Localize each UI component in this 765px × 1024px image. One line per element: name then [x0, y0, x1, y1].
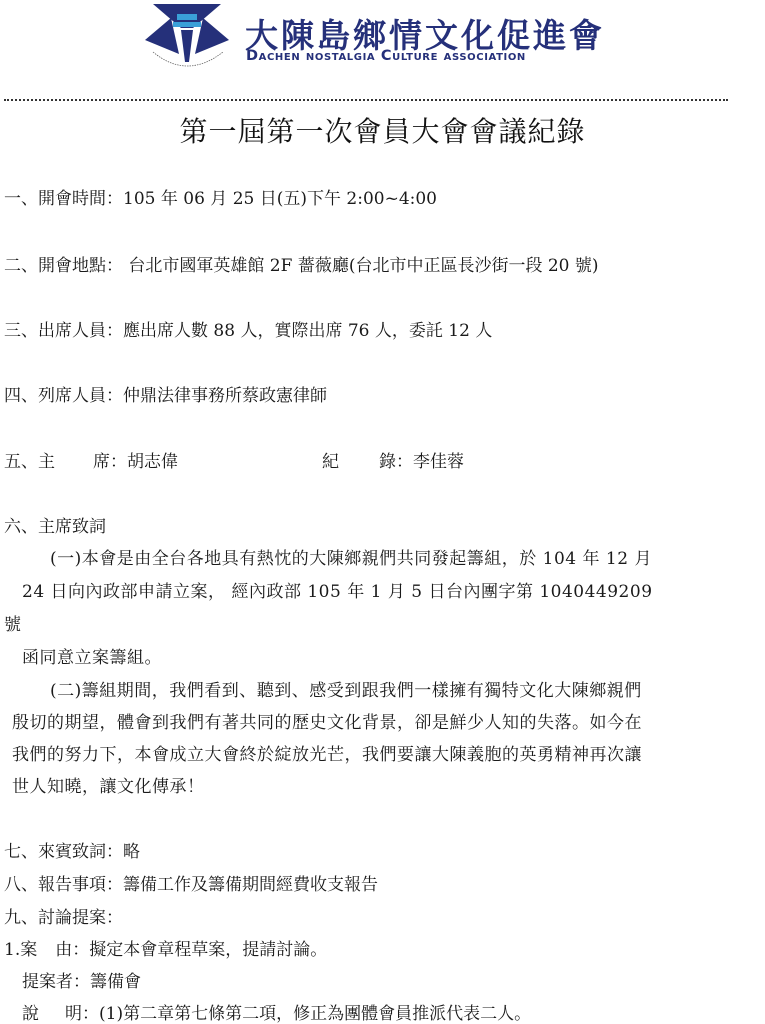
case1-reason-label-a: 1.案	[4, 940, 37, 960]
chair-label-b: 席：	[93, 452, 127, 472]
case1-explain-line: 說明：(1)第二章第七條第二項，修正為團體會員推派代表二人。	[22, 999, 531, 1024]
meeting-place-value: 台北市國軍英雄館 2F 薔薇廳(台北市中正區長沙街一段 20 號)	[123, 256, 599, 276]
meeting-time-value: 105 年 06 月 25 日(五)下午 2:00~4:00	[123, 189, 437, 209]
case1-explain-label-a: 說	[22, 1004, 39, 1024]
case1-proposer-line: 提案者：籌備會	[22, 967, 141, 992]
document-title: 第一屆第一次會員大會會議紀錄	[0, 110, 765, 150]
case1-explain-value: (1)第二章第七條第二項，修正為團體會員推派代表二人。	[99, 1004, 531, 1024]
speech-p2-line-3: 我們的努力下，本會成立大會終於綻放光芒，我們要讓大陳義胞的英勇精神再次讓	[12, 740, 642, 765]
recorder-value: 李佳蓉	[413, 452, 464, 472]
guest-speech-line: 七、來賓致詞：略	[4, 837, 140, 862]
recorder-line: 紀錄：李佳蓉	[322, 447, 464, 472]
chair-speech-heading: 六、主席致詞	[4, 512, 106, 537]
meeting-time-line: 一、開會時間：105 年 06 月 25 日(五)下午 2:00~4:00	[4, 184, 437, 209]
speech-p1-line-3: 號	[4, 610, 21, 635]
observers-line: 四、列席人員：仲鼎法律事務所蔡政憲律師	[4, 381, 327, 406]
org-name-english: Dachen nostalgia Culture association	[246, 48, 526, 64]
case1-proposer-label: 提案者：	[22, 972, 90, 992]
case1-reason-label-b: 由：	[55, 940, 89, 960]
chair-label-a: 五、主	[4, 452, 55, 472]
speech-p2-line-1: (二)籌組期間，我們看到、聽到、感受到跟我們一樣擁有獨特文化大陳鄉親們	[50, 676, 642, 701]
chair-value: 胡志偉	[127, 452, 178, 472]
reports-label: 八、報告事項：	[4, 875, 123, 895]
guest-speech-value: 略	[123, 842, 140, 862]
header-divider	[4, 99, 728, 101]
case1-explain-label-b: 明：	[65, 1004, 99, 1024]
case1-reason-value: 擬定本會章程草案，提請討論。	[89, 940, 327, 960]
observers-value: 仲鼎法律事務所蔡政憲律師	[123, 386, 327, 406]
attendance-label: 三、出席人員：	[4, 321, 123, 341]
case1-proposer-value: 籌備會	[90, 972, 141, 992]
recorder-label-b: 錄：	[379, 452, 413, 472]
attendance-value: 應出席人數 88 人，實際出席 76 人，委託 12 人	[123, 321, 492, 341]
speech-p2-line-4: 世人知曉，讓文化傳承！	[12, 772, 205, 797]
speech-p2-line-2: 殷切的期望，體會到我們有著共同的歷史文化背景，卻是鮮少人知的失落。如今在	[12, 708, 642, 733]
reports-value: 籌備工作及籌備期間經費收支報告	[123, 875, 378, 895]
chair-line: 五、主席：胡志偉	[4, 447, 178, 472]
meeting-place-line: 二、開會地點： 台北市國軍英雄館 2F 薔薇廳(台北市中正區長沙街一段 20 號…	[4, 251, 599, 276]
attendance-line: 三、出席人員：應出席人數 88 人，實際出席 76 人，委託 12 人	[4, 316, 492, 341]
case1-reason-line: 1.案由：擬定本會章程草案，提請討論。	[4, 935, 327, 960]
reports-line: 八、報告事項：籌備工作及籌備期間經費收支報告	[4, 870, 378, 895]
guest-speech-label: 七、來賓致詞：	[4, 842, 123, 862]
association-logo-icon	[143, 0, 231, 72]
meeting-time-label: 一、開會時間：	[4, 189, 123, 209]
speech-p1-line-2: 24 日向內政部申請立案， 經內政部 105 年 1 月 5 日台內團字第 10…	[22, 577, 653, 602]
speech-p1-line-1: (一)本會是由全台各地具有熱忱的大陳鄉親們共同發起籌組，於 104 年 12 月	[50, 544, 652, 569]
meeting-place-label: 二、開會地點：	[4, 256, 123, 276]
discussion-heading: 九、討論提案：	[4, 903, 123, 928]
observers-label: 四、列席人員：	[4, 386, 123, 406]
speech-p1-line-4: 函同意立案籌組。	[22, 643, 162, 668]
recorder-label-a: 紀	[322, 452, 339, 472]
